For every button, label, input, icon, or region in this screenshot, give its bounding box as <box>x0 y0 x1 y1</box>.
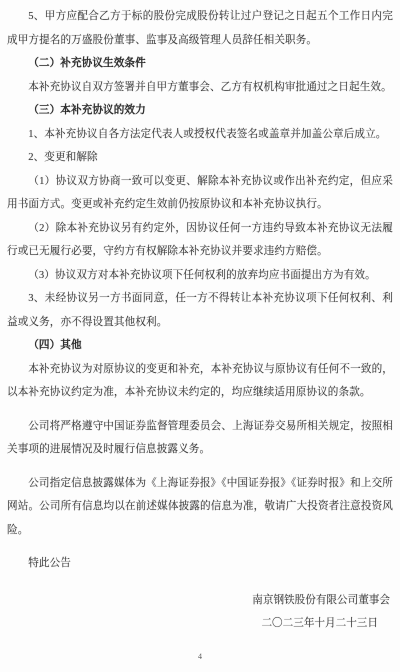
signature-date: 二〇二三年十月二十三日 <box>0 612 400 636</box>
paragraph: 3、未经协议另一方书面同意，任一方不得转让本补充协议项下任何权利、利益或义务，亦… <box>7 287 393 334</box>
section-heading: （三）本补充协议的效力 <box>7 99 393 123</box>
page-number: 4 <box>0 652 400 661</box>
paragraph: 2、变更和解除 <box>7 146 393 170</box>
paragraph: （1）协议双方协商一致可以变更、解除本补充协议或作出补充约定，但应采用书面方式。… <box>7 170 393 217</box>
paragraph: （2）除本补充协议另有约定外，因协议任何一方违约导致本补充协议无法履行或已无履行… <box>7 217 393 264</box>
document-body: 5、甲方应配合乙方于标的股份完成股份转让过户登记之日起五个工作日内完成甲方提名的… <box>0 0 400 576</box>
section-heading: （四）其他 <box>7 334 393 358</box>
paragraph: 本补充协议自双方签署并自甲方董事会、乙方有权机构审批通过之日起生效。 <box>7 76 393 100</box>
paragraph: 本补充协议为对原协议的变更和补充，本补充协议与原协议有任何不一致的，以本补充协议… <box>7 358 393 405</box>
paragraph: （3）协议双方对本补充协议项下任何权利的放弃均应书面提出方为有效。 <box>7 264 393 288</box>
signature-company: 南京钢铁股份有限公司董事会 <box>0 589 400 613</box>
paragraph: 公司指定信息披露媒体为《上海证券报》《中国证券报》《证券时报》和上交所网站。公司… <box>7 472 393 543</box>
paragraph: 5、甲方应配合乙方于标的股份完成股份转让过户登记之日起五个工作日内完成甲方提名的… <box>7 5 393 52</box>
paragraph: 特此公告 <box>7 552 393 576</box>
section-heading: （二）补充协议生效条件 <box>7 52 393 76</box>
document-page: 5、甲方应配合乙方于标的股份完成股份转让过户登记之日起五个工作日内完成甲方提名的… <box>0 0 400 672</box>
paragraph: 1、本补充协议自各方法定代表人或授权代表签名或盖章并加盖公章后成立。 <box>7 123 393 147</box>
signature-block: 南京钢铁股份有限公司董事会 二〇二三年十月二十三日 <box>0 589 400 636</box>
paragraph: 公司将严格遵守中国证券监督管理委员会、上海证券交易所相关规定，按照相关事项的进展… <box>7 415 393 462</box>
